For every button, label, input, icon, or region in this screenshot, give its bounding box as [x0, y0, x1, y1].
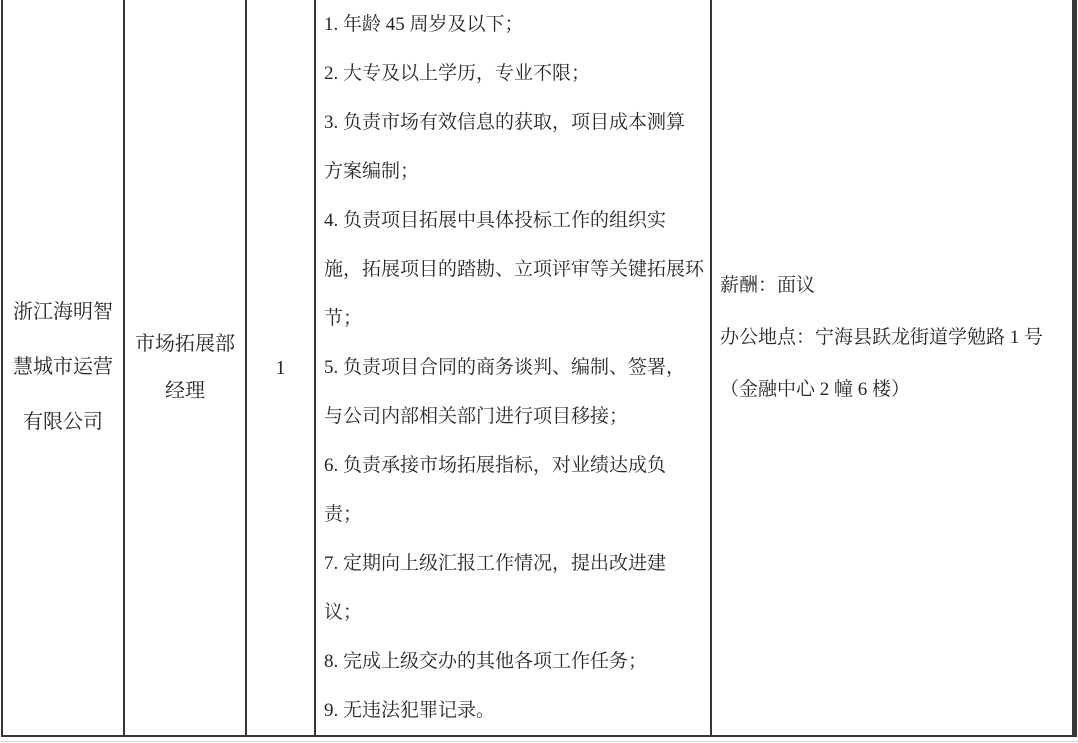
company-name-line: 浙江海明智 [13, 285, 113, 340]
benefits-cell: 薪酬：面议 办公地点：宁海县跃龙街道学勉路 1 号 （金融中心 2 幢 6 楼） [712, 0, 1072, 735]
company-name-line: 慧城市运营 [13, 340, 113, 395]
company-name-line: 有限公司 [23, 395, 103, 450]
position-title-line: 经理 [165, 368, 205, 415]
position-cell: 市场拓展部 经理 [125, 0, 247, 735]
requirement-line: 议； [324, 588, 710, 637]
requirement-line: 施，拓展项目的踏勘、立项评审等关键拓展环 [324, 245, 710, 294]
requirement-line: 8. 完成上级交办的其他各项工作任务； [324, 637, 710, 686]
requirement-line: 4. 负责项目拓展中具体投标工作的组织实 [324, 196, 710, 245]
requirement-line: 与公司内部相关部门进行项目移接； [324, 392, 710, 441]
requirement-line: 节； [324, 294, 710, 343]
requirement-line: 3. 负责市场有效信息的获取，项目成本测算 [324, 98, 710, 147]
requirement-line: 9. 无违法犯罪记录。 [324, 686, 710, 735]
requirement-line: 责； [324, 490, 710, 539]
requirement-line: 7. 定期向上级汇报工作情况，提出改进建 [324, 539, 710, 588]
requirements-cell: 1. 年龄 45 周岁及以下； 2. 大专及以上学历，专业不限； 3. 负责市场… [316, 0, 712, 735]
page-edge-divider [0, 741, 1078, 742]
salary-line: 薪酬：面议 [720, 260, 815, 312]
office-address-line: 办公地点：宁海县跃龙街道学勉路 1 号 [720, 312, 1043, 364]
requirement-line: 方案编制； [324, 147, 710, 196]
requirement-line: 1. 年龄 45 周岁及以下； [324, 0, 710, 49]
headcount-cell: 1 [247, 0, 316, 735]
job-posting-table: 浙江海明智 慧城市运营 有限公司 市场拓展部 经理 1 1. 年龄 45 周岁及… [1, 0, 1077, 737]
company-cell: 浙江海明智 慧城市运营 有限公司 [3, 0, 125, 735]
office-address-line: （金融中心 2 幢 6 楼） [720, 364, 910, 416]
position-title-line: 市场拓展部 [135, 321, 235, 368]
headcount-value: 1 [276, 358, 286, 378]
requirement-line: 6. 负责承接市场拓展指标，对业绩达成负 [324, 441, 710, 490]
requirement-line: 2. 大专及以上学历，专业不限； [324, 49, 710, 98]
requirement-line: 5. 负责项目合同的商务谈判、编制、签署， [324, 343, 710, 392]
